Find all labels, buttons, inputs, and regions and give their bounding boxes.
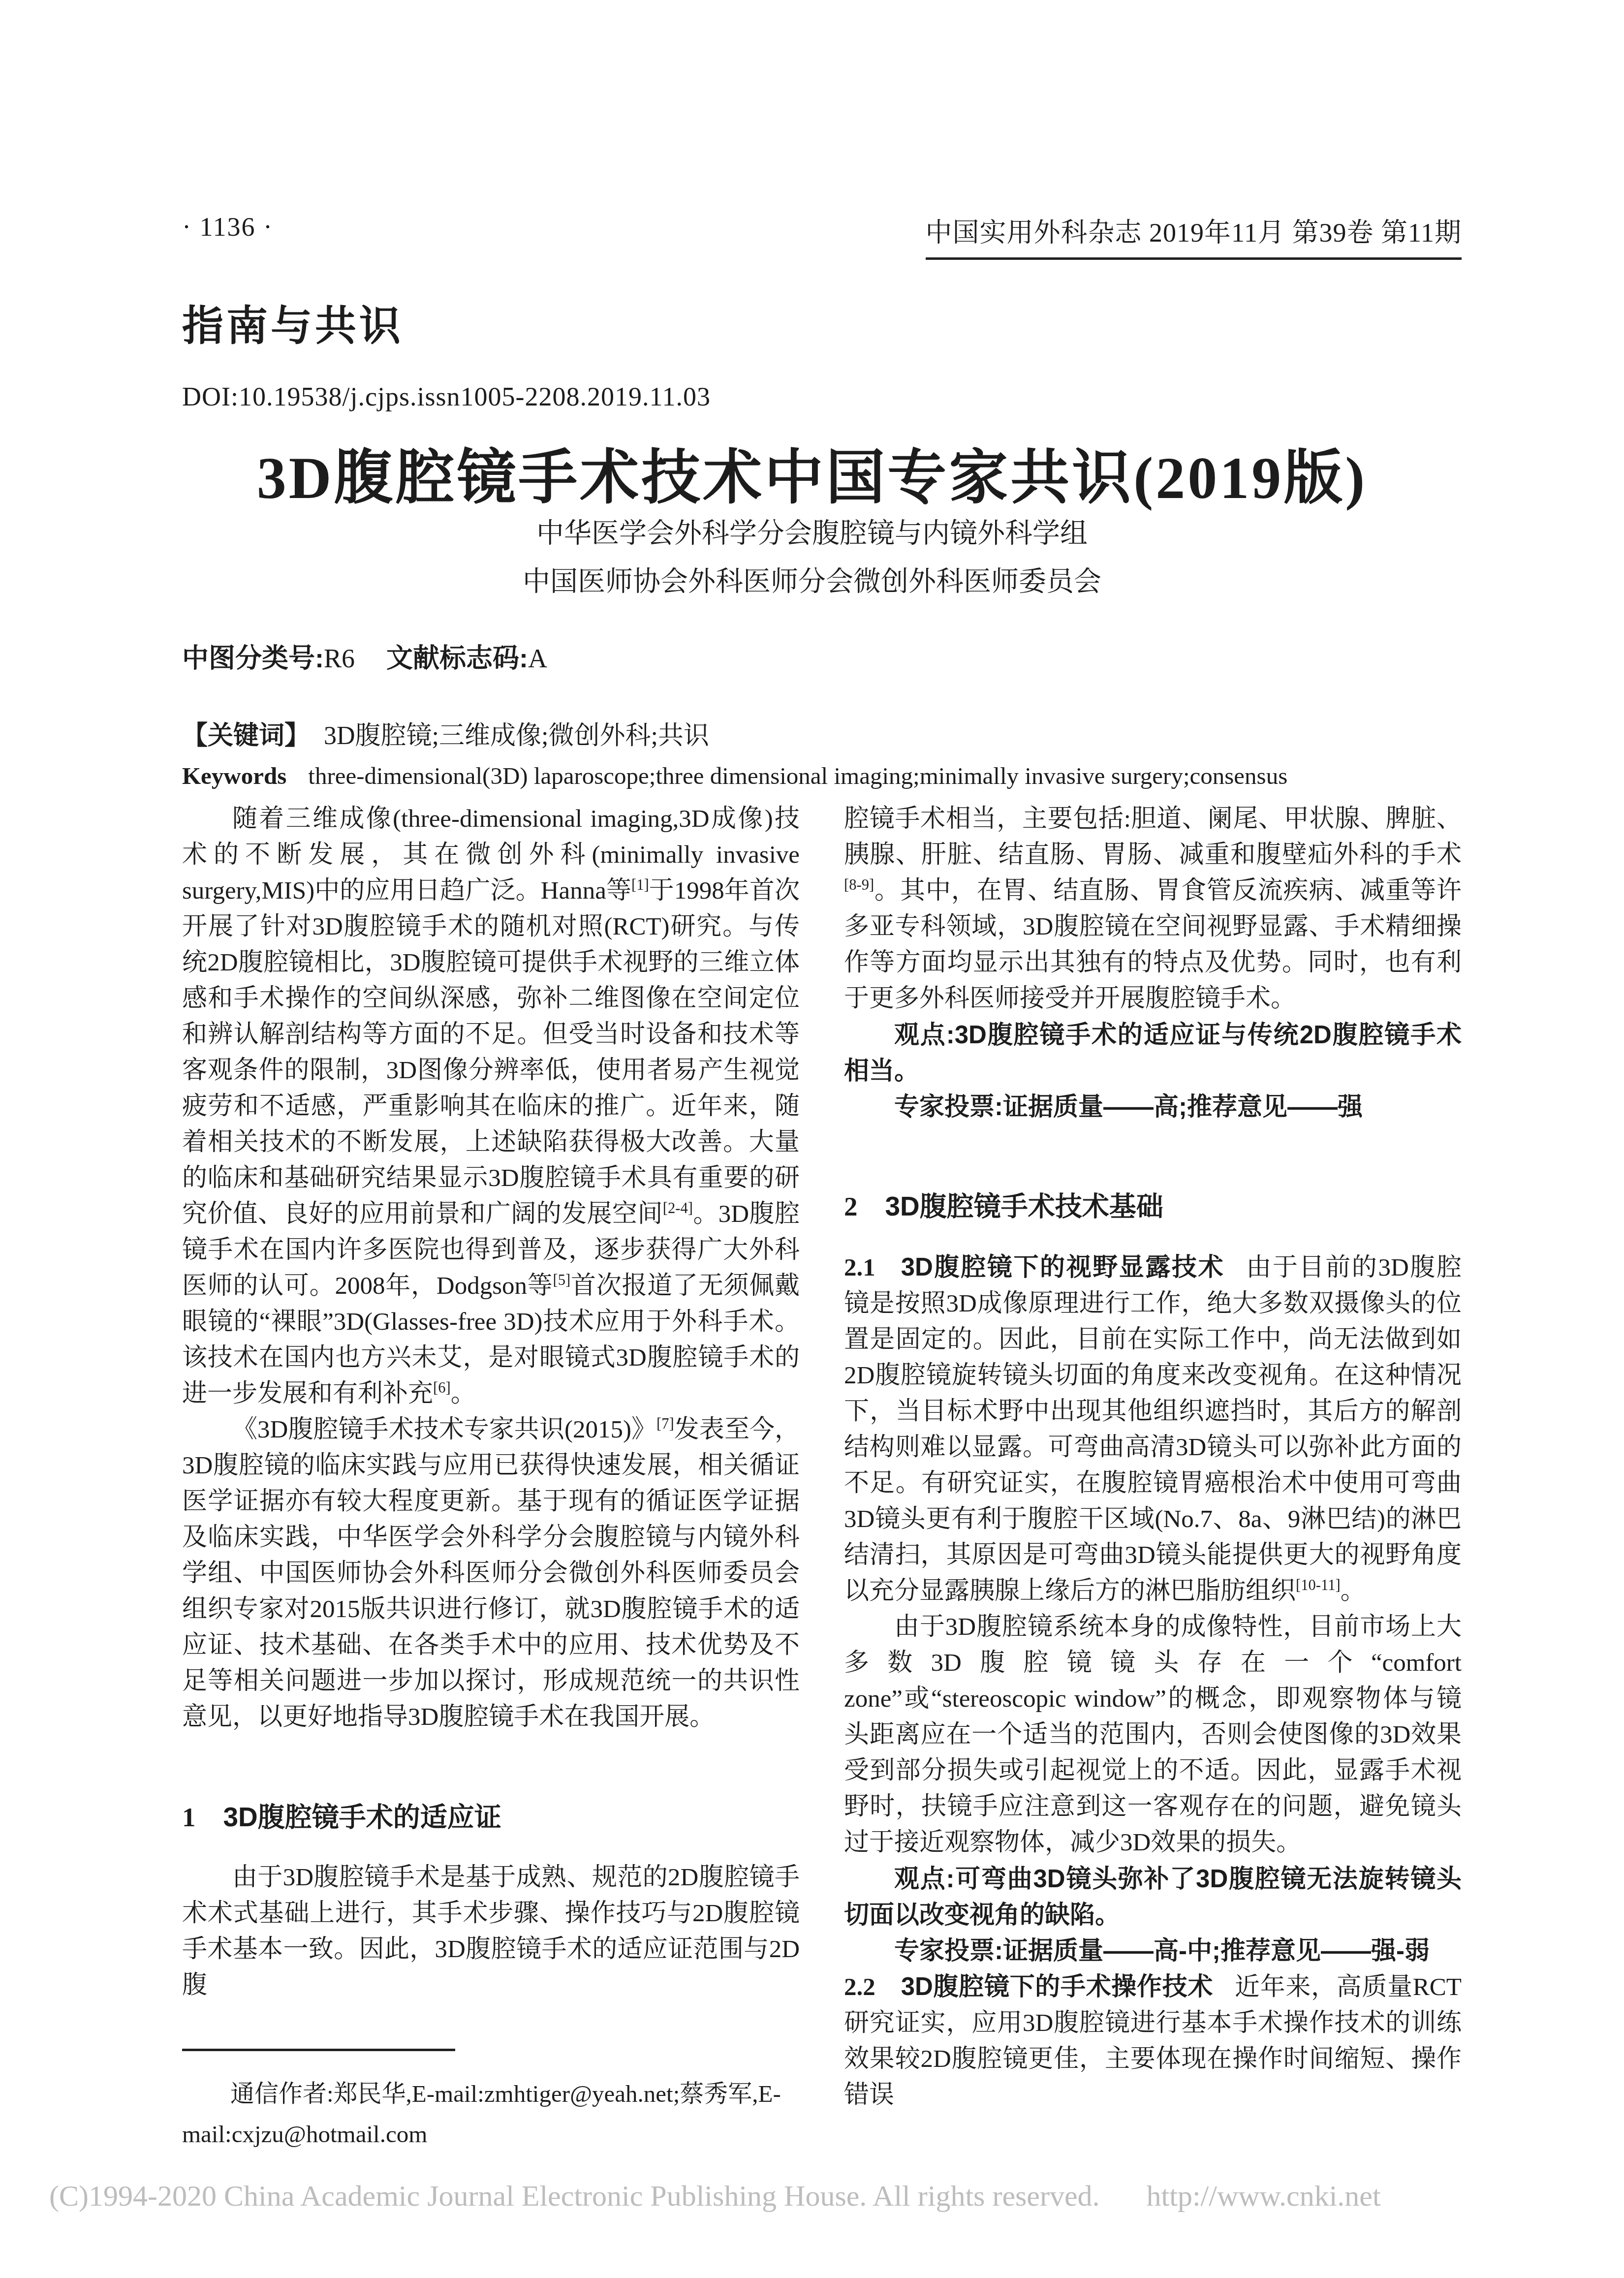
doc-code-label: 文献标志码: bbox=[386, 644, 528, 673]
paragraph: 腔镜手术相当，主要包括:胆道、阑尾、甲状腺、脾脏、胰腺、肝脏、结直肠、胃肠、减重… bbox=[844, 801, 1462, 1017]
paragraph: 随着三维成像(three-dimensional imaging,3D成像)技术… bbox=[182, 801, 800, 1412]
subsection-paragraph: 2.23D腹腔镜下的手术操作技术近年来，高质量RCT研究证实，应用3D腹腔镜进行… bbox=[844, 1968, 1462, 2113]
subsection-text: 由于目前的3D腹腔镜是按照3D成像原理进行工作，绝大多数双摄像头的位置是固定的。… bbox=[844, 1254, 1462, 1605]
keywords-line: 【关键词】3D腹腔镜;三维成像;微创外科;共识 bbox=[182, 715, 1462, 751]
classification-line: 中图分类号:R6文献标志码:A bbox=[182, 637, 547, 675]
paragraph: 由于3D腹腔镜系统本身的成像特性，目前市场上大多数3D腹腔镜镜头存在一个“com… bbox=[844, 1609, 1462, 1861]
journal-info: 中国实用外科杂志 2019年11月 第39卷 第11期 bbox=[926, 212, 1462, 260]
subsection-heading: 2.23D腹腔镜下的手术操作技术 bbox=[844, 1972, 1213, 2000]
section-number: 1 bbox=[182, 1802, 196, 1832]
subsection-number: 2.2 bbox=[844, 1973, 875, 2001]
corresponding-author-note: 通信作者:郑民华,E-mail:zmhtiger@yeah.net;蔡秀军,E-… bbox=[182, 2074, 800, 2154]
copyright-text: (C)1994-2020 China Academic Journal Elec… bbox=[49, 2179, 1100, 2213]
column-section-label: 指南与共识 bbox=[182, 293, 404, 352]
section-heading-2: 23D腹腔镜手术技术基础 bbox=[844, 1185, 1462, 1223]
subsection-title: 3D腹腔镜下的视野显露技术 bbox=[901, 1253, 1225, 1281]
footnote: 通信作者:郑民华,E-mail:zmhtiger@yeah.net;蔡秀军,E-… bbox=[182, 2049, 800, 2154]
viewpoint-statement: 观点:可弯曲3D镜头弥补了3D腹腔镜无法旋转镜头切面以改变视角的缺陷。 bbox=[844, 1861, 1462, 1933]
section-heading-1: 13D腹腔镜手术的适应证 bbox=[182, 1795, 800, 1834]
section-title: 3D腹腔镜手术的适应证 bbox=[223, 1802, 501, 1832]
body-columns: 随着三维成像(three-dimensional imaging,3D成像)技术… bbox=[182, 801, 1462, 2154]
running-head: · 1136 · 中国实用外科杂志 2019年11月 第39卷 第11期 bbox=[182, 212, 1462, 260]
affiliation-line: 中国医师协会外科医师分会微创外科医师委员会 bbox=[0, 558, 1624, 606]
left-column: 随着三维成像(three-dimensional imaging,3D成像)技术… bbox=[182, 801, 800, 2154]
right-column: 腔镜手术相当，主要包括:胆道、阑尾、甲状腺、脾脏、胰腺、肝脏、结直肠、胃肠、减重… bbox=[844, 801, 1462, 2154]
keywords-en-label: Keywords bbox=[182, 762, 286, 789]
section-number: 2 bbox=[844, 1191, 858, 1221]
clc-value: R6 bbox=[324, 644, 355, 673]
footnote-rule bbox=[182, 2049, 455, 2051]
subsection-title: 3D腹腔镜下的手术操作技术 bbox=[901, 1972, 1213, 2000]
cnki-footer: (C)1994-2020 China Academic Journal Elec… bbox=[49, 2179, 1381, 2213]
journal-page: · 1136 · 中国实用外科杂志 2019年11月 第39卷 第11期 指南与… bbox=[0, 0, 1624, 2278]
subsection-paragraph: 2.13D腹腔镜下的视野显露技术由于目前的3D腹腔镜是按照3D成像原理进行工作，… bbox=[844, 1249, 1462, 1609]
expert-vote-statement: 专家投票:证据质量——高;推荐意见——强 bbox=[844, 1089, 1462, 1124]
author-affiliations: 中华医学会外科学分会腹腔镜与内镜外科学组 中国医师协会外科医师分会微创外科医师委… bbox=[0, 509, 1624, 606]
section-title: 3D腹腔镜手术技术基础 bbox=[885, 1191, 1163, 1221]
viewpoint-statement: 观点:3D腹腔镜手术的适应证与传统2D腹腔镜手术相当。 bbox=[844, 1017, 1462, 1089]
article-title: 3D腹腔镜手术技术中国专家共识(2019版) bbox=[0, 431, 1624, 515]
page-number: · 1136 · bbox=[182, 212, 273, 242]
subsection-heading: 2.13D腹腔镜下的视野显露技术 bbox=[844, 1253, 1224, 1281]
affiliation-line: 中华医学会外科学分会腹腔镜与内镜外科学组 bbox=[0, 509, 1624, 558]
keywords-en-line: Keywordsthree-dimensional(3D) laparoscop… bbox=[182, 762, 1462, 790]
paragraph: 由于3D腹腔镜手术是基于成熟、规范的2D腹腔镜手术术式基础上进行，其手术步骤、操… bbox=[182, 1860, 800, 2003]
subsection-number: 2.1 bbox=[844, 1254, 875, 1281]
expert-vote-statement: 专家投票:证据质量——高-中;推荐意见——强-弱 bbox=[844, 1933, 1462, 1968]
cnki-url: http://www.cnki.net bbox=[1147, 2179, 1381, 2213]
doi: DOI:10.19538/j.cjps.issn1005-2208.2019.1… bbox=[182, 381, 711, 412]
clc-label: 中图分类号: bbox=[182, 644, 324, 673]
keywords-en-text: three-dimensional(3D) laparoscope;three … bbox=[308, 762, 1287, 789]
keywords-text: 3D腹腔镜;三维成像;微创外科;共识 bbox=[324, 722, 709, 750]
keywords-label: 【关键词】 bbox=[182, 721, 310, 750]
paragraph: 《3D腹腔镜手术技术专家共识(2015)》[7]发表至今，3D腹腔镜的临床实践与… bbox=[182, 1412, 800, 1735]
doc-code-value: A bbox=[528, 644, 547, 673]
